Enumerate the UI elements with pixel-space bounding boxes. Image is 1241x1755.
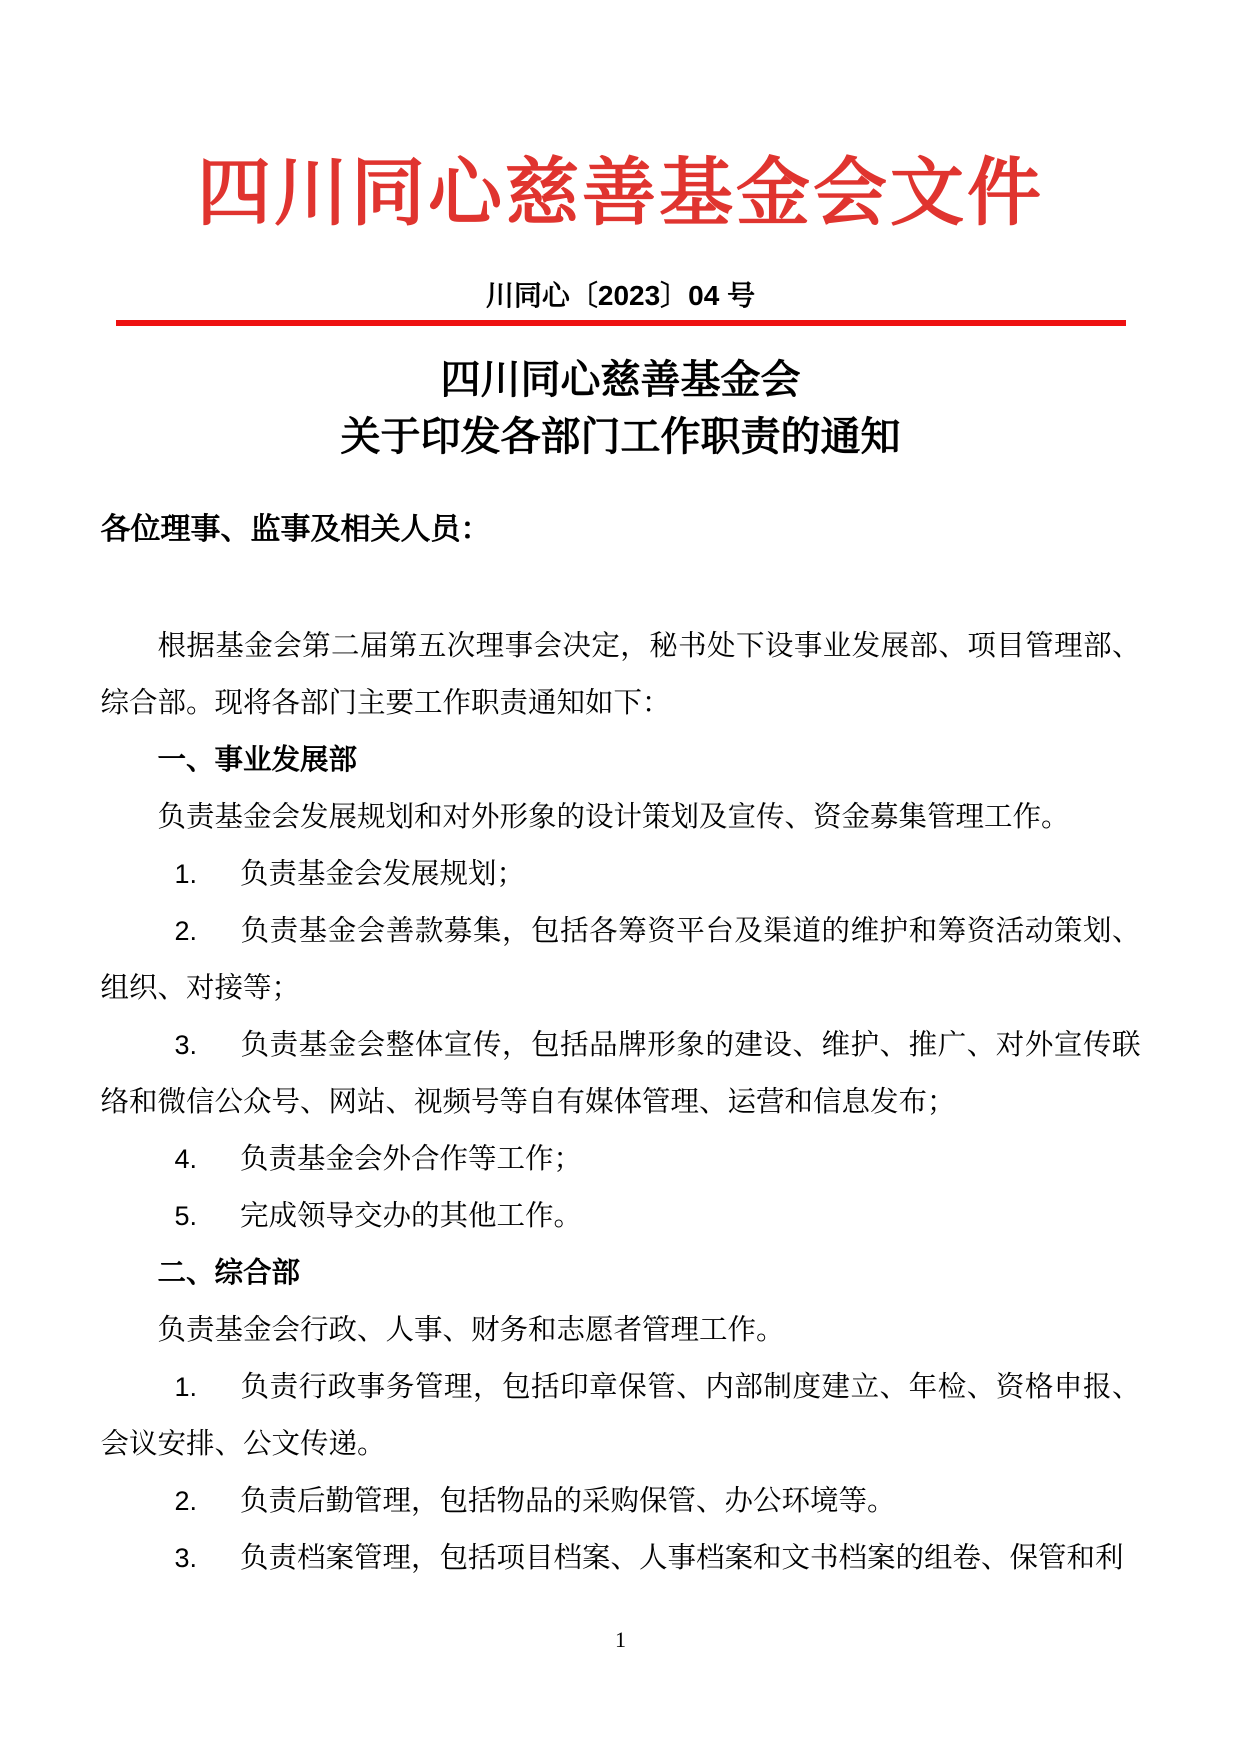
doc-number: 川同心〔2023〕04 号: [101, 279, 1141, 313]
red-rule-divider: [116, 320, 1126, 326]
section-1-item-5: 5.完成领导交办的其他工作。: [101, 1188, 1141, 1245]
item-number: 2.: [175, 1486, 198, 1516]
notice-title: 四川同心慈善基金会 关于印发各部门工作职责的通知: [101, 351, 1141, 465]
section-1-summary: 负责基金会发展规划和对外形象的设计策划及宣传、资金募集管理工作。: [101, 789, 1141, 846]
section-2-item-3: 3.负责档案管理，包括项目档案、人事档案和文书档案的组卷、保管和利: [101, 1530, 1141, 1587]
banner-title: 四川同心慈善基金会文件: [101, 150, 1141, 238]
section-1-item-4: 4.负责基金会外合作等工作；: [101, 1131, 1141, 1188]
section-2-summary: 负责基金会行政、人事、财务和志愿者管理工作。: [101, 1302, 1141, 1359]
item-number: 5.: [175, 1201, 198, 1231]
section-1-item-1: 1.负责基金会发展规划；: [101, 846, 1141, 903]
item-number: 2.: [175, 916, 198, 946]
document-page: 四川同心慈善基金会文件 川同心〔2023〕04 号 四川同心慈善基金会 关于印发…: [0, 0, 1241, 1755]
item-number: 4.: [175, 1144, 198, 1174]
item-number: 3.: [175, 1030, 198, 1060]
item-number: 3.: [175, 1543, 198, 1573]
item-text: 负责基金会发展规划；: [240, 859, 525, 890]
item-number: 1.: [175, 1372, 198, 1402]
item-text: 负责行政事务管理，包括印章保管、内部制度建立、年检、资格申报、会议安排、公文传递…: [101, 1372, 1141, 1460]
item-text: 负责档案管理，包括项目档案、人事档案和文书档案的组卷、保管和利: [240, 1543, 1124, 1574]
intro-paragraph: 根据基金会第二届第五次理事会决定，秘书处下设事业发展部、项目管理部、综合部。现将…: [101, 618, 1141, 732]
section-1-item-3: 3.负责基金会整体宣传，包括品牌形象的建设、维护、推广、对外宣传联络和微信公众号…: [101, 1017, 1141, 1131]
section-2-heading: 二、综合部: [101, 1245, 1141, 1302]
section-1-heading: 一、事业发展部: [101, 732, 1141, 789]
notice-title-line2: 关于印发各部门工作职责的通知: [101, 408, 1141, 465]
item-number: 1.: [175, 859, 198, 889]
item-text: 负责基金会整体宣传，包括品牌形象的建设、维护、推广、对外宣传联络和微信公众号、网…: [101, 1030, 1141, 1118]
page-number: 1: [0, 1626, 1241, 1654]
salutation: 各位理事、监事及相关人员：: [101, 510, 1141, 550]
notice-title-line1: 四川同心慈善基金会: [101, 351, 1141, 408]
item-text: 负责基金会善款募集，包括各筹资平台及渠道的维护和筹资活动策划、组织、对接等；: [101, 916, 1141, 1004]
document-content: 四川同心慈善基金会文件 川同心〔2023〕04 号 四川同心慈善基金会 关于印发…: [101, 150, 1141, 1587]
document-body: 根据基金会第二届第五次理事会决定，秘书处下设事业发展部、项目管理部、综合部。现将…: [101, 618, 1141, 1587]
item-text: 负责基金会外合作等工作；: [240, 1144, 582, 1175]
section-2-item-1: 1.负责行政事务管理，包括印章保管、内部制度建立、年检、资格申报、会议安排、公文…: [101, 1359, 1141, 1473]
section-2-item-2: 2.负责后勤管理，包括物品的采购保管、办公环境等。: [101, 1473, 1141, 1530]
item-text: 负责后勤管理，包括物品的采购保管、办公环境等。: [240, 1486, 896, 1517]
item-text: 完成领导交办的其他工作。: [240, 1201, 582, 1232]
section-1-item-2: 2.负责基金会善款募集，包括各筹资平台及渠道的维护和筹资活动策划、组织、对接等；: [101, 903, 1141, 1017]
